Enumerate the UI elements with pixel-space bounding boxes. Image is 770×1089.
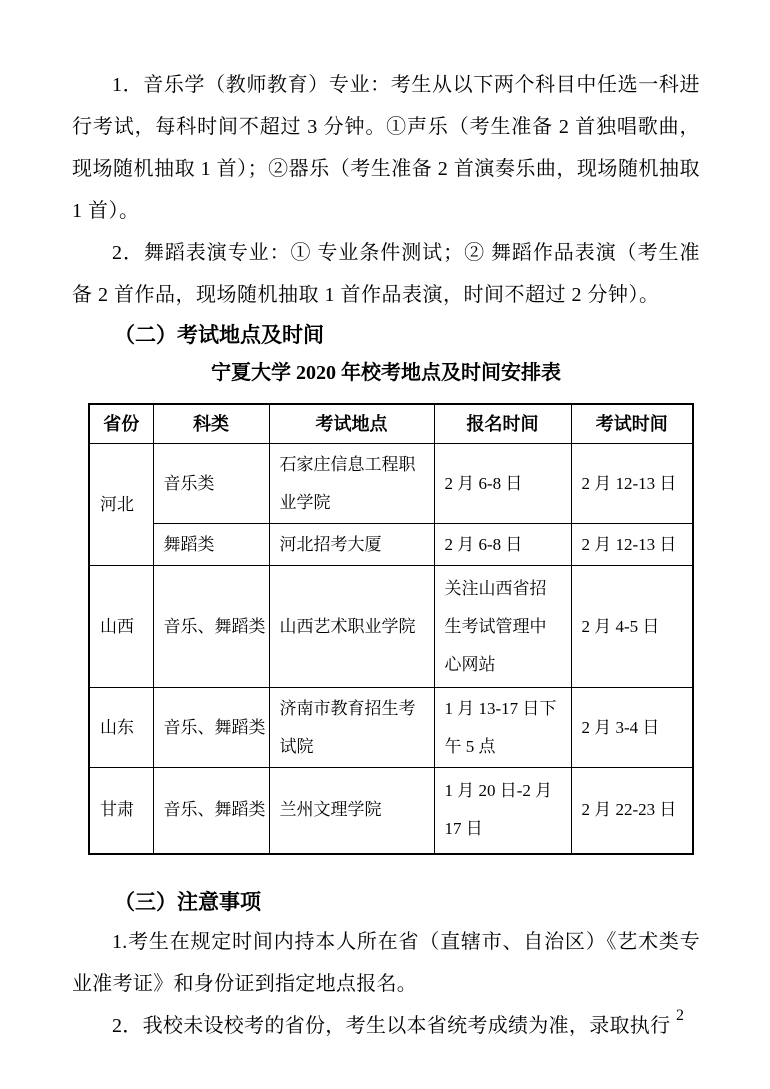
cell-location: 济南市教育招生考试院	[269, 688, 434, 768]
cell-category: 音乐、舞蹈类	[153, 768, 269, 854]
cell-exam-time: 2 月 22-23 日	[571, 768, 693, 854]
cell-exam-time: 2 月 12-13 日	[571, 524, 693, 566]
cell-signup-time: 1 月 13-17 日下午 5 点	[434, 688, 571, 768]
table-header-row: 省份 科类 考试地点 报名时间 考试时间	[89, 404, 693, 444]
cell-signup-time: 2 月 6-8 日	[434, 444, 571, 524]
cell-signup-time: 2 月 6-8 日	[434, 524, 571, 566]
cell-category: 音乐、舞蹈类	[153, 566, 269, 688]
column-header-province: 省份	[89, 404, 153, 444]
note-item-2: 2．我校未设校考的省份，考生以本省统考成绩为准，录取执行	[72, 1005, 700, 1047]
table-title: 宁夏大学 2020 年校考地点及时间安排表	[72, 354, 700, 392]
paragraph-dance-performance-major: 2．舞蹈表演专业：① 专业条件测试；② 舞蹈作品表演（考生准备 2 首作品，现场…	[72, 232, 700, 316]
cell-signup-time: 关注山西省招生考试管理中心网站	[434, 566, 571, 688]
column-header-exam-time: 考试时间	[571, 404, 693, 444]
table-row-hebei-dance: 舞蹈类 河北招考大厦 2 月 6-8 日 2 月 12-13 日	[89, 524, 693, 566]
cell-province: 山西	[89, 566, 153, 688]
column-header-category: 科类	[153, 404, 269, 444]
table-row-hebei-music: 河北 音乐类 石家庄信息工程职业学院 2 月 6-8 日 2 月 12-13 日	[89, 444, 693, 524]
cell-signup-time: 1 月 20 日-2 月 17 日	[434, 768, 571, 854]
notes-section: （三）注意事项 1.考生在规定时间内持本人所在省（直辖市、自治区）《艺术类专业准…	[72, 883, 700, 1047]
cell-exam-time: 2 月 3-4 日	[571, 688, 693, 768]
cell-category: 音乐类	[153, 444, 269, 524]
column-header-signup-time: 报名时间	[434, 404, 571, 444]
section-heading-notes: （三）注意事项	[72, 883, 700, 921]
cell-exam-time: 2 月 12-13 日	[571, 444, 693, 524]
cell-category: 舞蹈类	[153, 524, 269, 566]
column-header-location: 考试地点	[269, 404, 434, 444]
cell-exam-time: 2 月 4-5 日	[571, 566, 693, 688]
cell-province: 河北	[89, 444, 153, 566]
cell-location: 兰州文理学院	[269, 768, 434, 854]
exam-schedule-table: 省份 科类 考试地点 报名时间 考试时间 河北 音乐类 石家庄信息工程职业学院 …	[88, 403, 694, 855]
document-page: 1．音乐学（教师教育）专业：考生从以下两个科目中任选一科进行考试，每科时间不超过…	[0, 0, 770, 1089]
paragraph-music-education-major: 1．音乐学（教师教育）专业：考生从以下两个科目中任选一科进行考试，每科时间不超过…	[72, 64, 700, 232]
table-row-shandong: 山东 音乐、舞蹈类 济南市教育招生考试院 1 月 13-17 日下午 5 点 2…	[89, 688, 693, 768]
section-heading-exam-location-time: （二）考试地点及时间	[72, 316, 700, 354]
cell-category: 音乐、舞蹈类	[153, 688, 269, 768]
cell-province: 山东	[89, 688, 153, 768]
cell-province: 甘肃	[89, 768, 153, 854]
cell-location: 河北招考大厦	[269, 524, 434, 566]
table-row-gansu: 甘肃 音乐、舞蹈类 兰州文理学院 1 月 20 日-2 月 17 日 2 月 2…	[89, 768, 693, 854]
cell-location: 石家庄信息工程职业学院	[269, 444, 434, 524]
note-item-1: 1.考生在规定时间内持本人所在省（直辖市、自治区）《艺术类专业准考证》和身份证到…	[72, 921, 700, 1005]
page-number: 2	[676, 1006, 684, 1026]
cell-location: 山西艺术职业学院	[269, 566, 434, 688]
table-row-shanxi: 山西 音乐、舞蹈类 山西艺术职业学院 关注山西省招生考试管理中心网站 2 月 4…	[89, 566, 693, 688]
